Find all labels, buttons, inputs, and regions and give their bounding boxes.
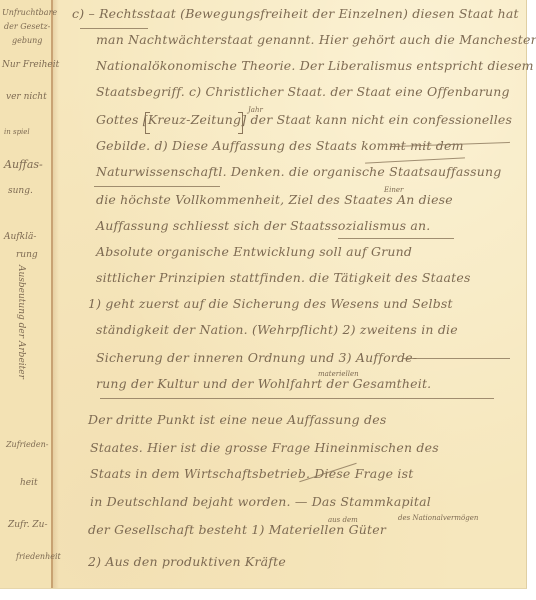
margin-note: friedenheit [16,552,61,561]
manuscript-line: 2) Aus den produktiven Kräfte [88,554,286,569]
manuscript-line: die höchste Vollkommenheit, Ziel des Sta… [96,192,453,207]
manuscript-line: Naturwissenschaftl. Denken. die organisc… [96,164,501,179]
margin-note: Unfruchtbare [2,8,57,17]
section-rule [100,398,494,399]
manuscript-line: Nationalökonomische Theorie. Der Liberal… [96,58,534,73]
underline-naturwissenschaft [94,186,220,187]
manuscript-line: c) – Rechtsstaat (Bewegungsfreiheit der … [72,6,519,21]
underline-aufforderung [402,358,510,359]
margin-note: in spiel [4,128,30,136]
manuscript-line: der Gesellschaft besteht 1) Materiellen … [88,522,386,537]
manuscript-line: rung der Kultur und der Wohlfahrt der Ge… [96,376,431,391]
bracket-left [145,112,150,134]
margin-note: Auffas- [4,158,43,171]
manuscript-line: Absolute organische Entwicklung soll auf… [96,244,412,259]
interlinear-insertion: Einer [384,186,403,194]
manuscript-line: man Nachtwächterstaat genannt. Hier gehö… [96,32,536,47]
underline-rechtsstaat [80,28,148,29]
manuscript-line: in Deutschland bejaht worden. — Das Stam… [90,494,431,509]
manuscript-line: Staates. Hier ist die grosse Frage Hinei… [90,440,439,455]
manuscript-line: ständigkeit der Nation. (Wehrpflicht) 2)… [96,322,458,337]
manuscript-page: Unfruchtbare der Gesetz- gebung Nur Frei… [0,0,527,589]
margin-note: rung [16,250,38,260]
manuscript-line: Gottes [Kreuz-Zeitung] der Staat kann ni… [96,112,512,127]
manuscript-line: Der dritte Punkt ist eine neue Auffassun… [88,412,386,427]
manuscript-line: Auffassung schliesst sich der Staatssozi… [96,218,430,233]
manuscript-line: Staatsbegriff. c) Christlicher Staat. de… [96,84,510,99]
interlinear-insertion: aus dem [328,516,358,524]
margin-note: gebung [12,36,42,45]
margin-note: Nur Freiheit [2,60,59,70]
manuscript-line: 1) geht zuerst auf die Sicherung des Wes… [88,296,453,311]
margin-note: Zufr. Zu- [8,520,48,530]
interlinear-insertion: materiellen [318,370,359,378]
margin-note: der Gesetz- [4,22,50,31]
margin-note: Zufrieden- [6,440,49,449]
interlinear-insertion: des Nationalvermögen [398,514,478,522]
fold-shadow [53,0,59,588]
manuscript-line: Sicherung der inneren Ordnung und 3) Auf… [96,350,417,365]
underline-staatssozialismus [338,238,454,239]
margin-note: ver nicht [6,92,47,102]
manuscript-line: sittlicher Prinzipien stattfinden. die T… [96,270,471,285]
margin-note: heit [20,478,38,488]
vertical-margin-note: Ausbeutung der Arbeiter [16,265,26,379]
underline-staatsauffassung [365,157,465,163]
manuscript-line: Staats in dem Wirtschaftsbetrieb. Diese … [90,466,413,481]
interlinear-insertion: Jahr [248,106,263,114]
bracket-right [238,112,243,134]
margin-note: Aufklä- [4,232,36,242]
margin-note: sung. [8,186,33,196]
